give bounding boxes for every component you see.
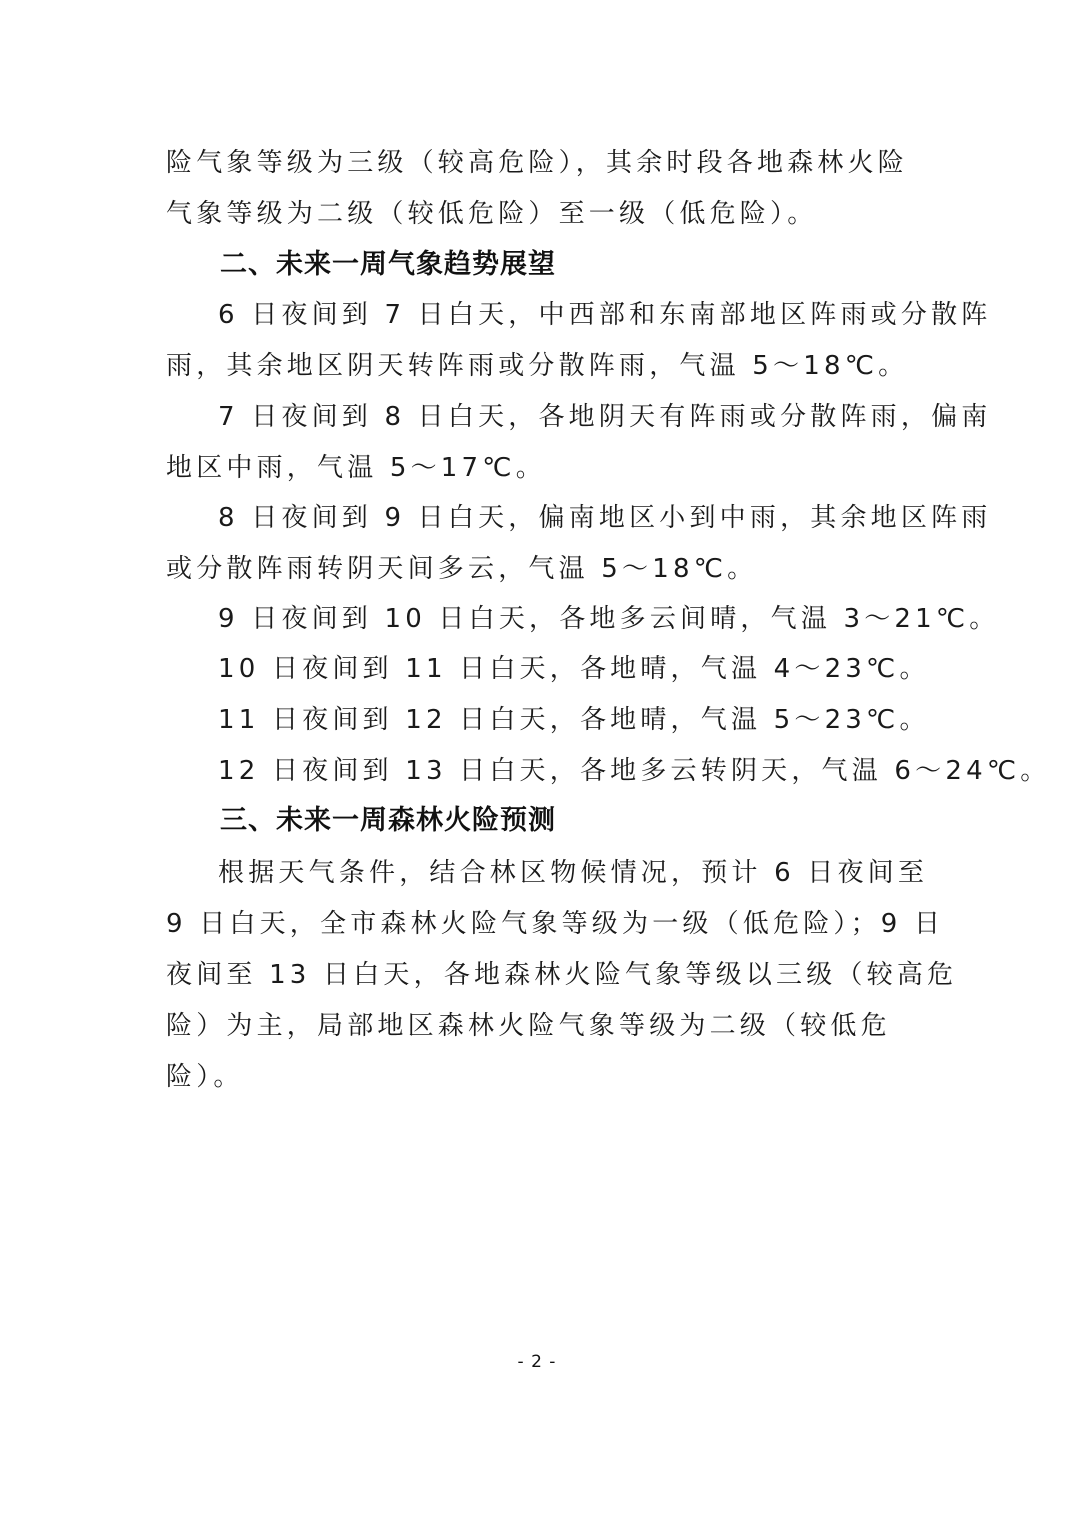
fire-risk-paragraph-line: 9 日白天，全市森林火险气象等级为一级（低危险）；9 日 [166, 907, 944, 941]
section-heading-weather-outlook: 二、未来一周气象趋势展望 [220, 248, 556, 282]
forecast-paragraph-line: 7 日夜间到 8 日白天，各地阴天有阵雨或分散阵雨，偏南 [218, 400, 991, 434]
forecast-paragraph-line: 11 日夜间到 12 日白天，各地晴，气温 5～23℃。 [218, 703, 930, 737]
fire-risk-paragraph-line: 夜间至 13 日白天，各地森林火险气象等级以三级（较高危 [166, 958, 957, 992]
body-text-line: 气象等级为二级（较低危险）至一级（低危险）。 [166, 197, 817, 231]
forecast-paragraph-line: 雨，其余地区阴天转阵雨或分散阵雨，气温 5～18℃。 [166, 349, 908, 383]
fire-risk-paragraph-line: 根据天气条件，结合林区物候情况，预计 6 日夜间至 [218, 856, 928, 890]
forecast-paragraph-line: 9 日夜间到 10 日白天，各地多云间晴，气温 3～21℃。 [218, 602, 1000, 636]
forecast-paragraph-line: 10 日夜间到 11 日白天，各地晴，气温 4～23℃。 [218, 652, 930, 686]
forecast-paragraph-line: 8 日夜间到 9 日白天，偏南地区小到中雨，其余地区阵雨 [218, 501, 991, 535]
body-text-line: 险气象等级为三级（较高危险），其余时段各地森林火险 [166, 146, 908, 180]
forecast-paragraph-line: 12 日夜间到 13 日白天，各地多云转阴天，气温 6～24℃。 [218, 754, 1050, 788]
document-page: 险气象等级为三级（较高危险），其余时段各地森林火险 气象等级为二级（较低危险）至… [0, 0, 1074, 1520]
fire-risk-paragraph-line: 险）为主，局部地区森林火险气象等级为二级（较低危 [166, 1009, 891, 1043]
forecast-paragraph-line: 6 日夜间到 7 日白天，中西部和东南部地区阵雨或分散阵 [218, 298, 991, 332]
forecast-paragraph-line: 地区中雨，气温 5～17℃。 [166, 451, 546, 485]
section-heading-fire-risk-forecast: 三、未来一周森林火险预测 [220, 804, 556, 838]
page-number: - 2 - [0, 1352, 1074, 1372]
fire-risk-paragraph-line: 险）。 [166, 1060, 244, 1094]
forecast-paragraph-line: 或分散阵雨转阴天间多云，气温 5～18℃。 [166, 552, 757, 586]
